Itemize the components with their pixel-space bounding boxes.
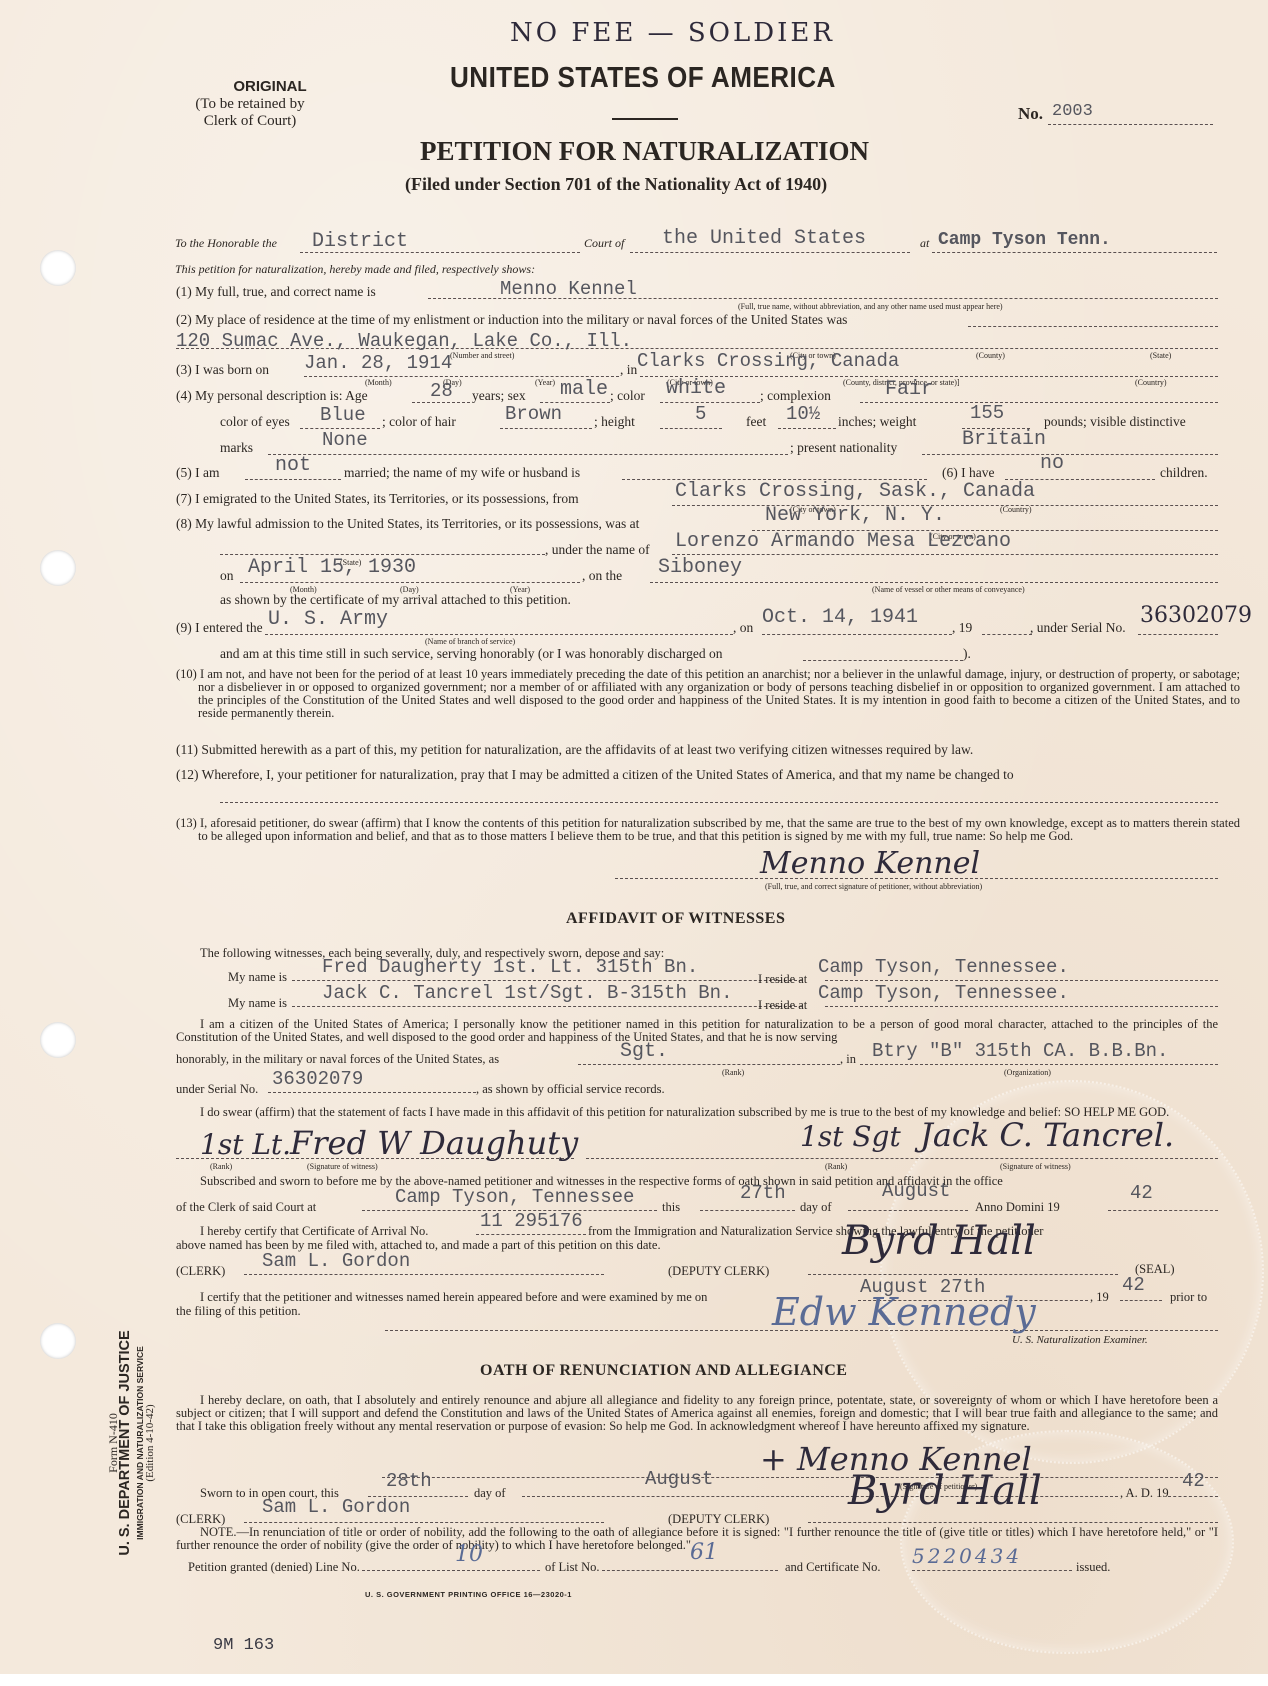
witness-2-signature: Jack C. Tancrel. bbox=[920, 1116, 1174, 1154]
birth-place-field: Clarks Crossing, Canada bbox=[637, 350, 899, 372]
printing-office-imprint: U. S. GOVERNMENT PRINTING OFFICE 16—2302… bbox=[365, 1590, 572, 1599]
entry-date-field: Oct. 14, 1941 bbox=[762, 606, 918, 629]
retain-note-2: Clerk of Court) bbox=[170, 113, 330, 130]
petitioner-signature: Menno Kennel bbox=[760, 846, 980, 881]
petition-title: PETITION FOR NATURALIZATION bbox=[420, 136, 869, 167]
punch-hole bbox=[40, 1323, 76, 1359]
children-field: no bbox=[1040, 452, 1064, 475]
age-field: 28 bbox=[430, 380, 453, 402]
sex-field: male bbox=[560, 378, 608, 401]
punch-hole bbox=[40, 550, 76, 586]
number-label: No. bbox=[1018, 104, 1043, 124]
examined-year-field: 42 bbox=[1122, 1274, 1145, 1296]
handwritten-note: NO FEE — SOLDIER bbox=[510, 18, 835, 48]
married-field: not bbox=[275, 454, 311, 477]
marks-field: None bbox=[322, 429, 368, 451]
arrival-certificate-number: 11 295176 bbox=[480, 1210, 583, 1232]
birth-date-field: Jan. 28, 1914 bbox=[304, 352, 452, 374]
vessel-field: Siboney bbox=[658, 556, 742, 579]
full-name-field: Menno Kennel bbox=[500, 278, 637, 300]
clause-13: (13) I, aforesaid petitioner, do swear (… bbox=[176, 817, 1240, 843]
oath-deputy-signature: Byrd Hall bbox=[848, 1468, 1042, 1514]
court-name-field: the United States bbox=[662, 227, 866, 250]
clause-11: (11) Submitted herewith as a part of thi… bbox=[176, 742, 973, 757]
residence-field: 120 Sumac Ave., Waukegan, Lake Co., Ill. bbox=[176, 330, 632, 352]
sworn-day-field: 28th bbox=[386, 1470, 432, 1492]
affidavit-heading: AFFIDAVIT OF WITNESSES bbox=[566, 910, 785, 928]
retain-note-1: (To be retained by bbox=[170, 96, 330, 113]
eye-color-field: Blue bbox=[320, 404, 366, 426]
witness-1-residence: Camp Tyson, Tennessee. bbox=[818, 956, 1069, 978]
form-edition: (Edition 4-10-42) bbox=[144, 1323, 156, 1563]
hair-color-field: Brown bbox=[505, 403, 562, 425]
petition-subtitle: (Filed under Section 701 of the National… bbox=[405, 174, 827, 195]
witness-rank-field: Sgt. bbox=[620, 1040, 668, 1063]
subscribed-day-field: 27th bbox=[740, 1182, 786, 1204]
clause-12: (12) Wherefore, I, your petitioner for n… bbox=[176, 767, 1014, 782]
arrival-date-field: April 15, 1930 bbox=[248, 556, 416, 579]
complexion-field: Fair bbox=[885, 378, 933, 401]
department-name: U. S. DEPARTMENT OF JUSTICE bbox=[117, 1313, 133, 1573]
witness-1-signature: Fred W Daughuty bbox=[290, 1124, 578, 1162]
certificate-number-field: 5220434 bbox=[912, 1544, 1022, 1568]
office-place-field: Camp Tyson, Tennessee bbox=[395, 1186, 634, 1208]
list-number-field: 61 bbox=[690, 1540, 718, 1565]
court-type-field: District bbox=[312, 230, 408, 253]
examiner-signature: Edw Kennedy bbox=[772, 1290, 1036, 1334]
naturalization-petition-document: NO FEE — SOLDIER ORIGINAL (To be retaine… bbox=[0, 0, 1268, 1674]
file-stamp: 9M 163 bbox=[213, 1636, 274, 1655]
original-label: ORIGINAL bbox=[210, 78, 330, 95]
sworn-year-field: 42 bbox=[1182, 1470, 1205, 1492]
witness-1-rank-signature: 1st Lt. bbox=[200, 1128, 291, 1161]
serial-number-field: 36302079 bbox=[1140, 603, 1252, 628]
nationality-field: Britain bbox=[962, 428, 1046, 451]
title-divider bbox=[612, 118, 678, 120]
punch-hole bbox=[40, 250, 76, 286]
court-location-field: Camp Tyson Tenn. bbox=[938, 230, 1111, 250]
service-branch-field: U. S. Army bbox=[268, 608, 388, 631]
witness-1-name: Fred Daugherty 1st. Lt. 315th Bn. bbox=[322, 956, 698, 978]
oath-clerk-name-field: Sam L. Gordon bbox=[262, 1496, 410, 1518]
admission-place-field: New York, N. Y. bbox=[765, 504, 945, 527]
weight-field: 155 bbox=[970, 402, 1004, 424]
organization-field: Btry "B" 315th CA. B.B.Bn. bbox=[872, 1040, 1168, 1062]
subscribed-month-field: August bbox=[882, 1180, 950, 1202]
oath-heading: OATH OF RENUNCIATION AND ALLEGIANCE bbox=[480, 1362, 847, 1380]
admission-name-field: Lorenzo Armando Mesa Lezcano bbox=[675, 530, 1011, 553]
witness-2-residence: Camp Tyson, Tennessee. bbox=[818, 982, 1069, 1004]
oath-text: I hereby declare, on oath, that I absolu… bbox=[176, 1394, 1218, 1433]
witness-2-rank-signature: 1st Sgt bbox=[800, 1120, 901, 1153]
deputy-clerk-signature: Byrd Hall bbox=[842, 1218, 1036, 1264]
country-title: UNITED STATES OF AMERICA bbox=[450, 62, 836, 95]
subscribed-year-field: 42 bbox=[1130, 1182, 1153, 1204]
emigrated-from-field: Clarks Crossing, Sask., Canada bbox=[675, 480, 1035, 503]
line-number-field: 10 bbox=[455, 1542, 483, 1567]
clerk-name-field: Sam L. Gordon bbox=[262, 1250, 410, 1272]
petition-number: 2003 bbox=[1052, 102, 1093, 121]
height-inches-field: 10½ bbox=[786, 403, 820, 425]
clause-10: (10) I am not, and have not been for the… bbox=[176, 668, 1240, 720]
color-field: white bbox=[666, 377, 726, 400]
punch-hole bbox=[40, 1022, 76, 1058]
sworn-month-field: August bbox=[645, 1468, 713, 1490]
height-feet-field: 5 bbox=[695, 403, 706, 425]
witness-2-name: Jack C. Tancrel 1st/Sgt. B-315th Bn. bbox=[322, 982, 732, 1004]
witness-serial-field: 36302079 bbox=[272, 1068, 363, 1090]
